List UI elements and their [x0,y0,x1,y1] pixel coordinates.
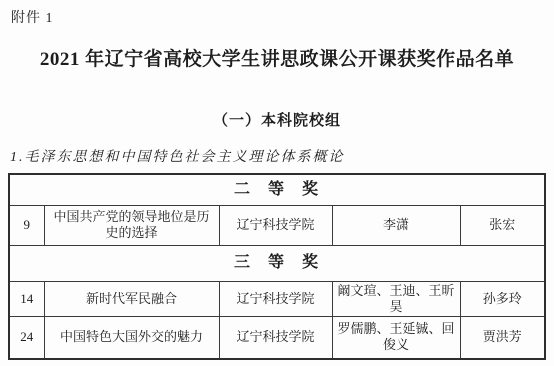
table-row: 24 中国特色大国外交的魅力 辽宁科技学院 罗儒鹏、王延铖、回俊义 贾洪芳 [9,317,545,359]
course-heading: 1.毛泽东思想和中国特色社会主义理论体系概论 [10,146,345,166]
award-table: 二 等 奖 9 中国共产党的领导地位是历史的选择 辽宁科技学院 李潇 张宏 三 … [8,173,546,360]
award-tier-row-second-prize: 二 等 奖 [9,174,545,205]
row-number: 14 [9,281,44,317]
group-heading: （一）本科院校组 [0,109,554,130]
row-number: 9 [9,205,44,245]
students-cell: 李潇 [332,205,460,245]
school-cell: 辽宁科技学院 [219,281,332,317]
award-tier-label: 三 等 奖 [9,245,545,281]
students-cell: 阚文瑄、王迪、王昕昊 [332,281,460,317]
teacher-cell: 贾洪芳 [460,317,545,359]
school-cell: 辽宁科技学院 [219,317,332,359]
table-row: 14 新时代军民融合 辽宁科技学院 阚文瑄、王迪、王昕昊 孙多玲 [9,281,545,317]
award-tier-row-third-prize: 三 等 奖 [9,245,545,281]
page-title: 2021 年辽宁省高校大学生讲思政课公开课获奖作品名单 [0,44,554,71]
teacher-cell: 孙多玲 [460,281,545,317]
work-title-cell: 新时代军民融合 [44,281,219,317]
school-cell: 辽宁科技学院 [219,205,332,245]
work-title-cell: 中国共产党的领导地位是历史的选择 [44,205,219,245]
row-number: 24 [9,317,44,359]
students-cell: 罗儒鹏、王延铖、回俊义 [332,317,460,359]
document-page: 附件 1 2021 年辽宁省高校大学生讲思政课公开课获奖作品名单 （一）本科院校… [0,0,554,366]
table-row: 9 中国共产党的领导地位是历史的选择 辽宁科技学院 李潇 张宏 [9,205,545,245]
teacher-cell: 张宏 [460,205,545,245]
award-tier-label: 二 等 奖 [9,174,545,205]
attachment-label: 附件 1 [11,7,54,27]
work-title-cell: 中国特色大国外交的魅力 [44,317,219,359]
